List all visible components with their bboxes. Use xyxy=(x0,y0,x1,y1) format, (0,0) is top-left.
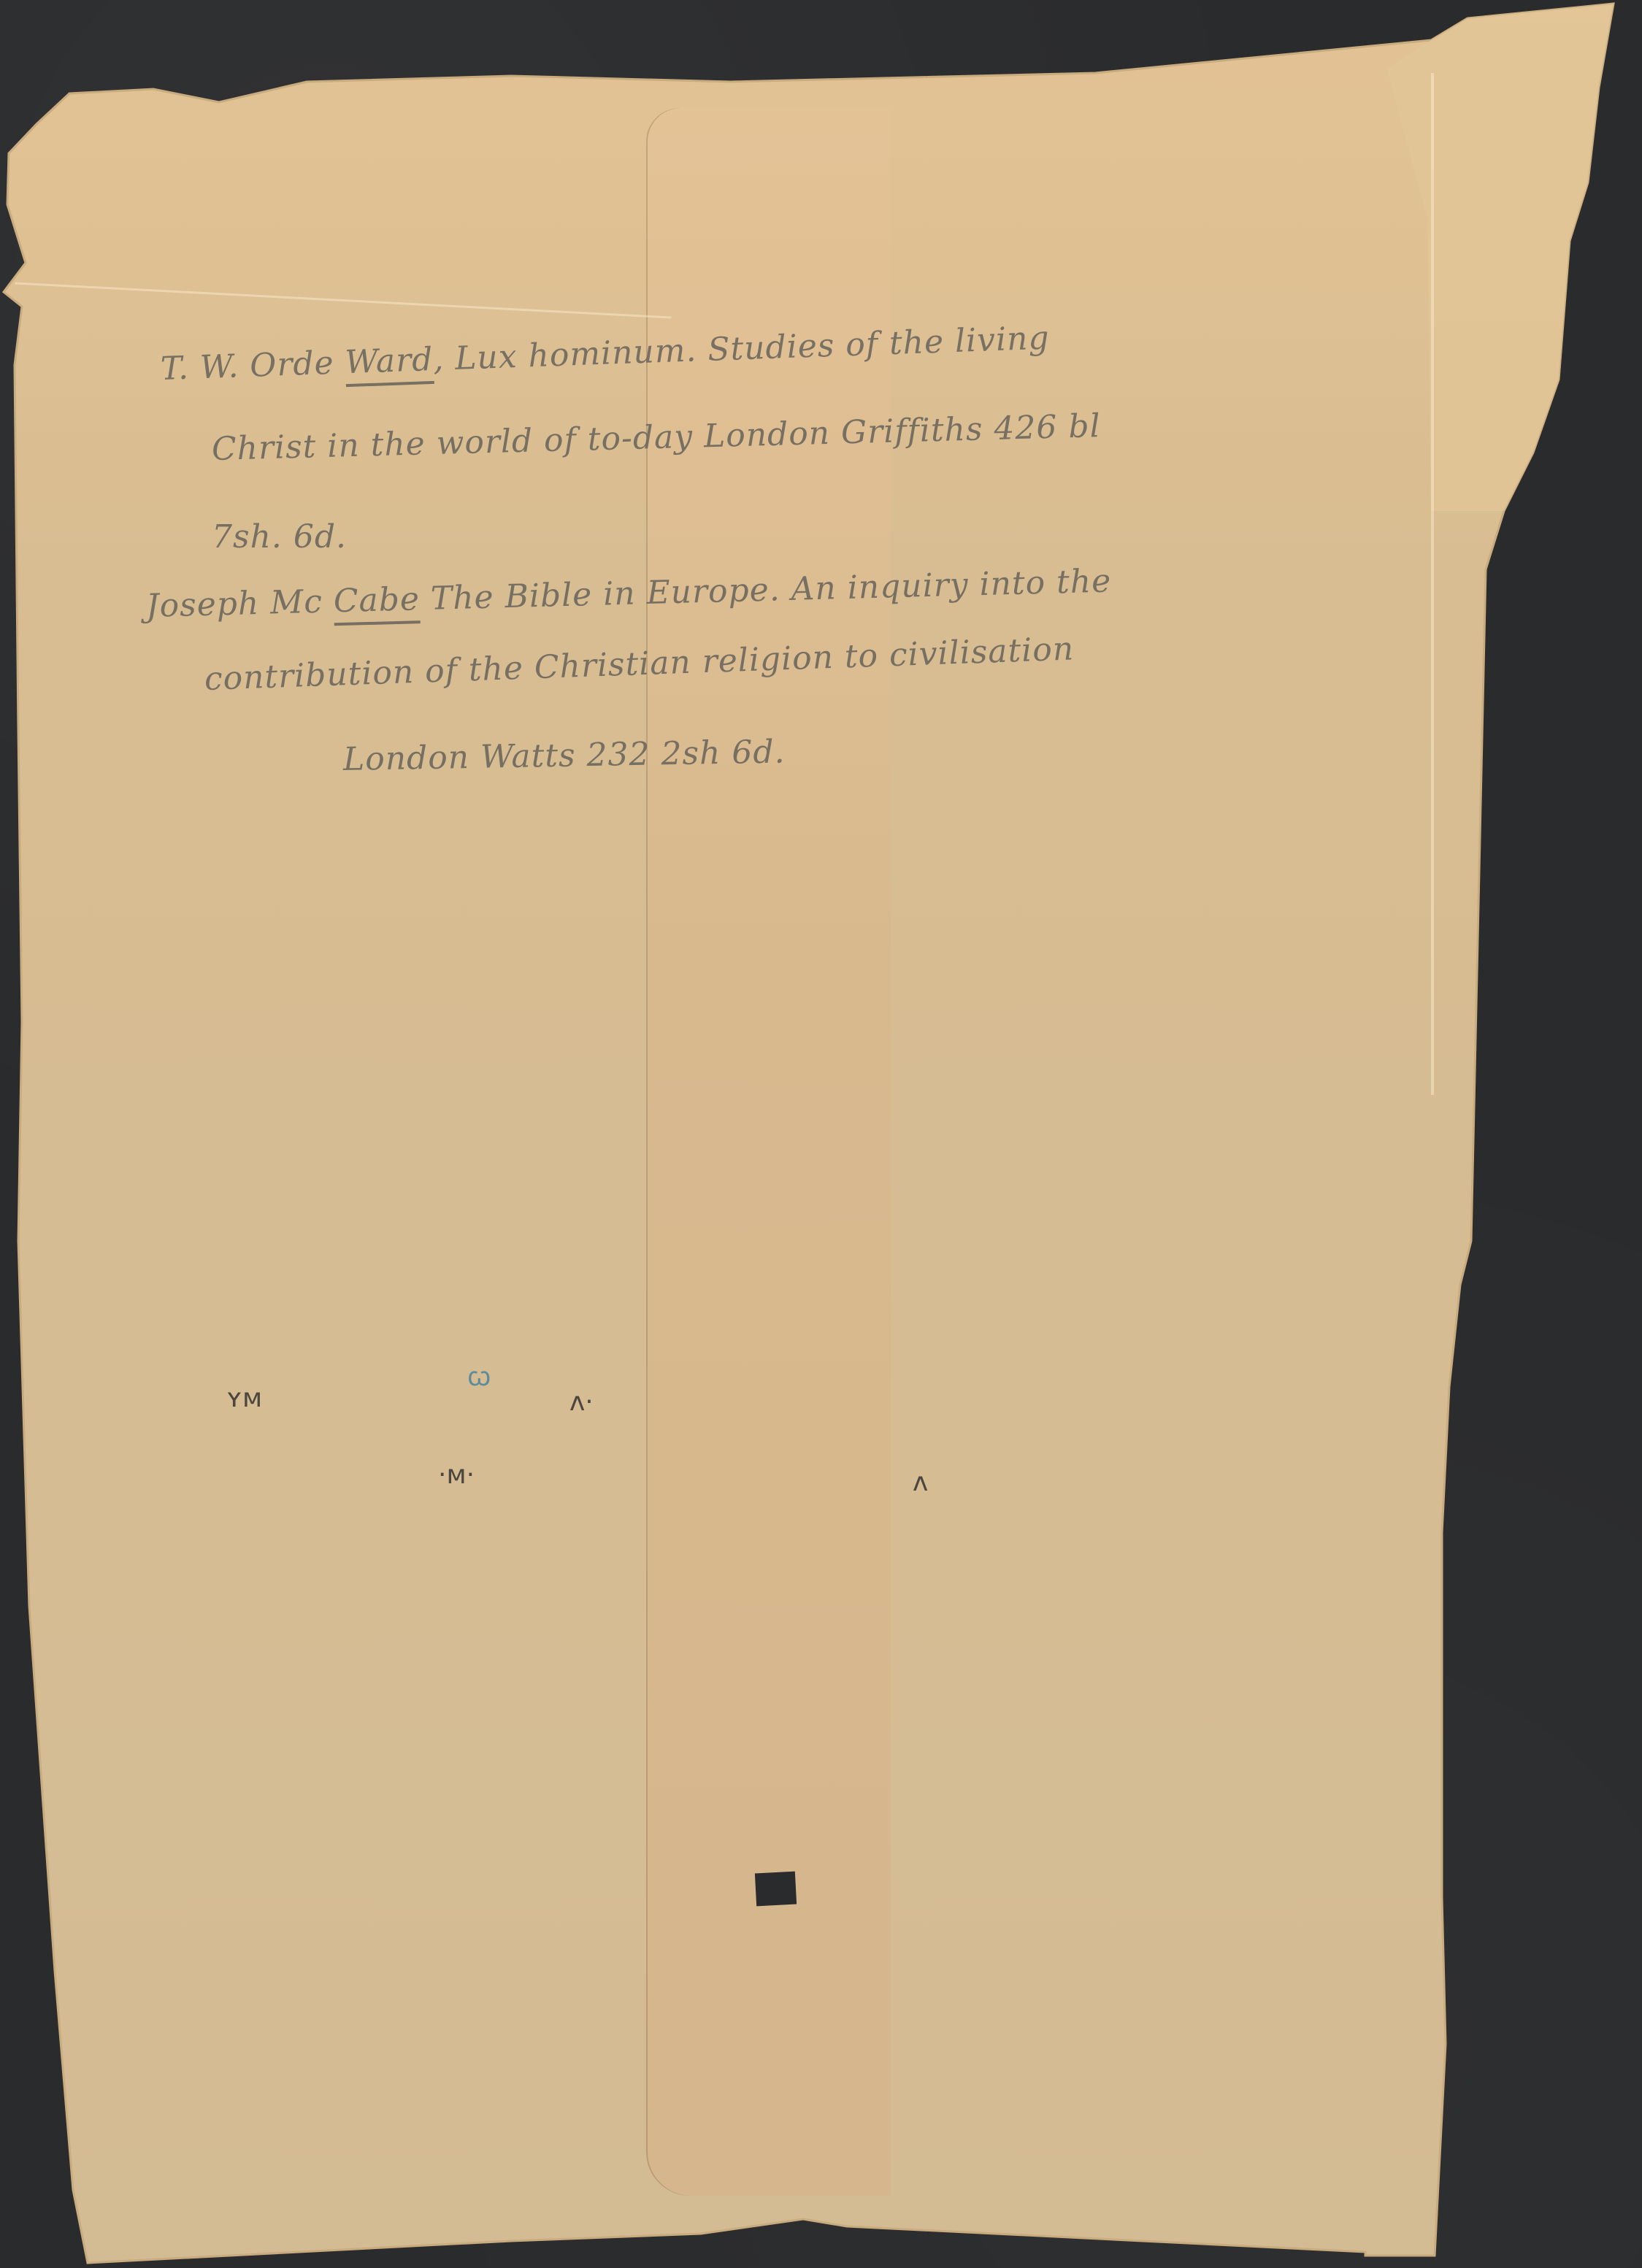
author-surname-underlined: Cabe xyxy=(333,580,421,626)
author-name: T. W. Orde xyxy=(160,344,345,388)
entry-2-line-3: London Watts 232 2sh 6d. xyxy=(343,733,786,778)
entry-1-price: 7sh. 6d. xyxy=(212,518,347,556)
author-name: Joseph Mc xyxy=(145,583,334,625)
punched-hole xyxy=(755,1872,797,1907)
fold-crease xyxy=(1431,73,1434,1095)
ink-mark: ʏᴍ xyxy=(226,1383,262,1413)
ink-mark: ·ᴍ· xyxy=(438,1460,475,1490)
author-surname-underlined: Ward xyxy=(345,341,434,387)
ink-mark: ᴧ· xyxy=(569,1387,594,1417)
ink-mark: ᴧ xyxy=(913,1467,928,1497)
blue-ink-mark: ꞷ xyxy=(467,1358,491,1394)
